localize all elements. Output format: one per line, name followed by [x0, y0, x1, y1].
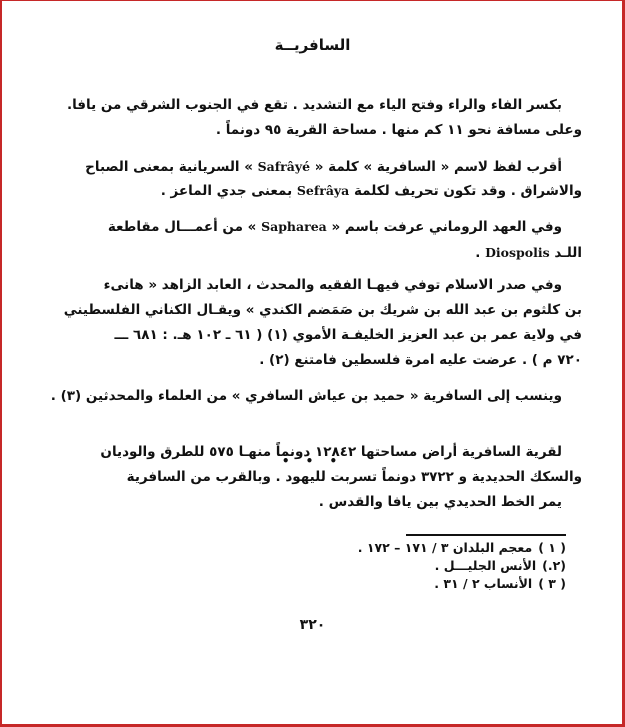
footnote-number: ( ٣ ): [538, 576, 566, 591]
paragraph-pronunciation-line-1: بكسر الفاء والراء وفتح الياء مع التشديد …: [67, 96, 562, 114]
paragraph-roman-line-2: اللـد Diospolis .: [475, 244, 582, 262]
document-page: السافريــة بكسر الفاء والراء وفتح الياء …: [0, 0, 625, 727]
paragraph-attribution-line-1: وينسب إلى السافرية « حميد بن عياش السافر…: [51, 387, 562, 405]
footnote-text: الأنس الجليـــل .: [435, 558, 537, 573]
text-segment: » من أعمـــال مقاطعة: [108, 219, 261, 235]
footnote-3: ( ٣ )الأنساب ٢ / ٣١ .: [434, 576, 566, 592]
footnote-divider: [406, 534, 566, 536]
text-segment: والاشراق . وقد تكون تحريف لكلمة: [349, 183, 582, 199]
latin-term-safraye: Safrâyé: [258, 158, 310, 176]
paragraph-land-line-1: لقرية السافرية أراض مساحتها ١٢٨٤٢ دونماً…: [100, 443, 562, 461]
latin-term-diospolis: Diospolis: [485, 244, 550, 262]
paragraph-roman-line-1: وفي العهد الروماني عرفت باسم « Sapharea …: [108, 218, 562, 236]
text-segment: أقرب لفظ لاسم « السافرية » كلمة «: [310, 159, 562, 175]
page-title: السافريــة: [0, 36, 625, 54]
paragraph-etymology-line-2: والاشراق . وقد تكون تحريف لكلمة Sefrâya …: [161, 182, 582, 200]
text-segment: .: [475, 245, 485, 261]
latin-term-sapharea: Sapharea: [261, 218, 327, 236]
paragraph-islamic-line-2: بن كلثوم بن عبد الله بن شريك بن صَمَضم ا…: [64, 301, 582, 319]
footnote-1: ( ١ )معجم البلدان ٣ / ١٧١ – ١٧٢ .: [358, 540, 566, 556]
page-number: ٣٢٠: [0, 617, 625, 633]
paragraph-land-line-3: يمر الخط الحديدي بين يافا والقدس .: [319, 493, 562, 511]
paragraph-islamic-line-3: في ولاية عمر بن عبد العزيز الخليفـة الأم…: [114, 326, 582, 344]
paragraph-islamic-line-4: ٧٢٠ م ) . عرضت عليه امرة فلسطين فامتنع (…: [259, 351, 582, 369]
footnote-text: الأنساب ٢ / ٣١ .: [434, 576, 532, 591]
text-segment: وفي العهد الروماني عرفت باسم «: [327, 219, 562, 235]
text-segment: اللـد: [550, 245, 582, 261]
latin-term-sefraya: Sefrâya: [297, 182, 349, 200]
text-segment: بمعنى جدي الماعز .: [161, 183, 297, 199]
footnote-2: (٢.)الأنس الجليـــل .: [435, 558, 566, 574]
paragraph-pronunciation-line-2: وعلى مسافة نحو ١١ كم منها . مساحة القرية…: [216, 121, 582, 139]
text-segment: » السريانية بمعنى الصباح: [85, 159, 257, 175]
footnote-text: معجم البلدان ٣ / ١٧١ – ١٧٢ .: [358, 540, 532, 555]
paragraph-islamic-line-1: وفي صدر الاسلام توفي فيهـا الفقيه والمحد…: [104, 276, 562, 294]
paragraph-land-line-2: والسكك الحديدية و ٣٧٢٢ دونماً تسربت لليه…: [127, 468, 582, 486]
footnote-number: ( ١ ): [538, 540, 566, 555]
footnote-number: (٢.): [542, 558, 566, 573]
paragraph-etymology-line-1: أقرب لفظ لاسم « السافرية » كلمة « Safrây…: [85, 158, 562, 176]
